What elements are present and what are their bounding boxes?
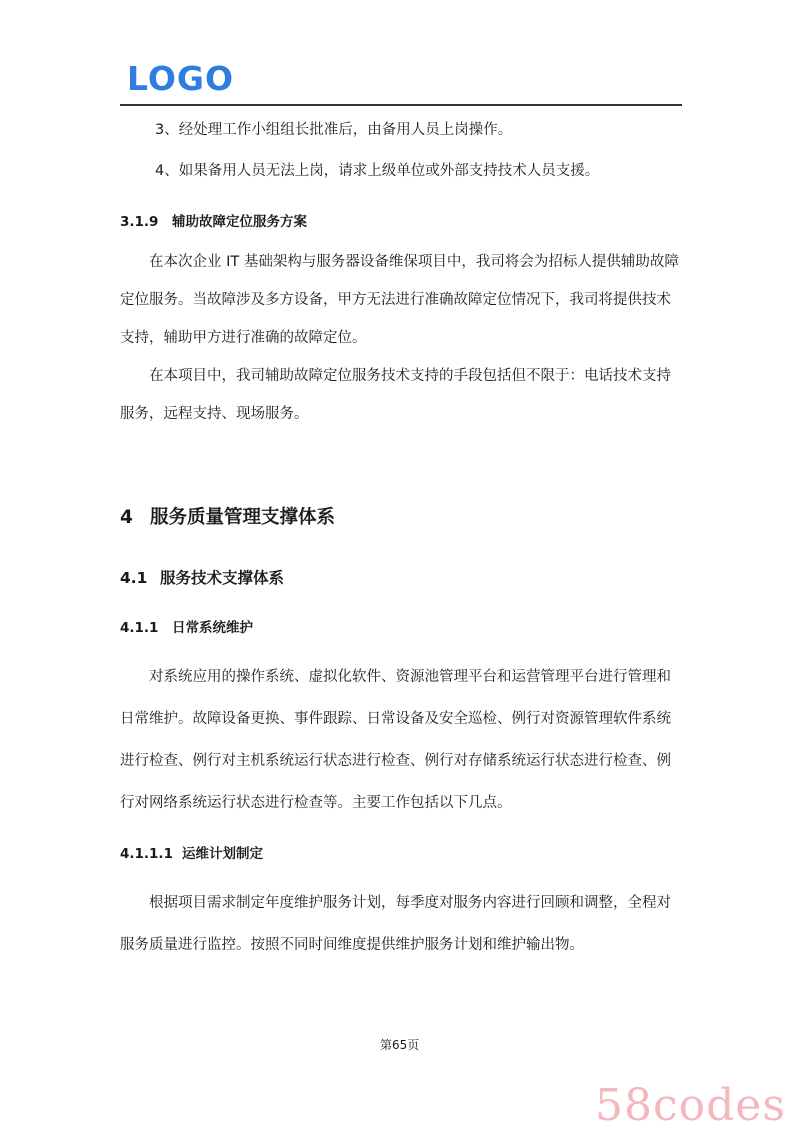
- paragraph-line: 支持，辅助甲方进行准确的故障定位。: [120, 328, 367, 348]
- paragraph-line: 服务质量进行监控。按照不同时间维度提供维护服务计划和维护输出物。: [120, 935, 584, 955]
- section-heading-3-1-9: 3.1.9辅助故障定位服务方案: [120, 212, 307, 232]
- section-number: 3.1.9: [120, 212, 172, 232]
- watermark: 58codes: [595, 1080, 786, 1131]
- list-item: 4、如果备用人员无法上岗，请求上级单位或外部支持技术人员支援。: [155, 161, 599, 181]
- section-title: 服务技术支撑体系: [160, 569, 284, 587]
- paragraph-line: 根据项目需求制定年度维护服务计划，每季度对服务内容进行回顾和调整，全程对: [149, 893, 671, 913]
- page-number: 第65页: [380, 1036, 419, 1053]
- section-title: 运维计划制定: [182, 846, 263, 862]
- header-divider: [120, 104, 682, 106]
- list-item: 3、经处理工作小组组长批准后，由备用人员上岗操作。: [155, 120, 512, 140]
- paragraph-line: 在本次企业 IT 基础架构与服务器设备维保项目中，我司将会为招标人提供辅助故障: [149, 252, 679, 272]
- section-heading-4-1-1-1: 4.1.1.1运维计划制定: [120, 844, 263, 864]
- section-heading-4-1: 4.1服务技术支撑体系: [120, 568, 284, 588]
- paragraph-line: 行对网络系统运行状态进行检查等。主要工作包括以下几点。: [120, 793, 512, 813]
- section-heading-4-1-1: 4.1.1日常系统维护: [120, 618, 253, 638]
- section-title: 日常系统维护: [172, 620, 253, 636]
- section-title: 辅助故障定位服务方案: [172, 214, 307, 230]
- section-title: 服务质量管理支撑体系: [150, 507, 335, 528]
- section-number: 4: [120, 508, 150, 528]
- paragraph-line: 定位服务。当故障涉及多方设备，甲方无法进行准确故障定位情况下，我司将提供技术: [120, 290, 671, 310]
- paragraph-line: 日常维护。故障设备更换、事件跟踪、日常设备及安全巡检、例行对资源管理软件系统: [120, 709, 671, 729]
- paragraph-line: 服务，远程支持、现场服务。: [120, 404, 309, 424]
- section-number: 4.1: [120, 568, 160, 588]
- paragraph-line: 在本项目中，我司辅助故障定位服务技术支持的手段包括但不限于：电话技术支持: [149, 366, 671, 386]
- section-number: 4.1.1.1: [120, 844, 182, 864]
- logo: LOGO: [127, 62, 234, 96]
- paragraph-line: 对系统应用的操作系统、虚拟化软件、资源池管理平台和运营管理平台进行管理和: [149, 667, 671, 687]
- section-number: 4.1.1: [120, 618, 172, 638]
- section-heading-4: 4服务质量管理支撑体系: [120, 508, 335, 528]
- paragraph-line: 进行检查、例行对主机系统运行状态进行检查、例行对存储系统运行状态进行检查、例: [120, 751, 671, 771]
